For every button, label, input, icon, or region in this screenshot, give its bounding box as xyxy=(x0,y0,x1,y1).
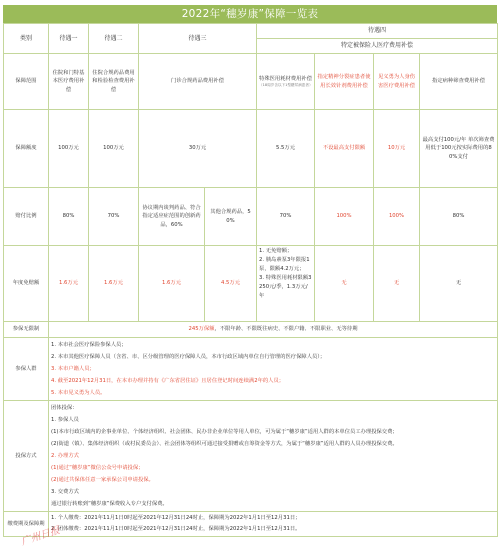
header-row: 类别 待遇一 待遇二 待遇三 待遇四 xyxy=(4,24,498,39)
deductible-b4d: 无 xyxy=(420,246,498,322)
limit-b3: 30万元 xyxy=(139,110,257,188)
deductible-b4a-line3: 3. 特殊医用耗材限额3250元/季，1.3万元/年 xyxy=(259,274,312,301)
benefit-table-container: 2022年“穗岁康”保障一览表 类别 待遇一 待遇二 待遇三 待遇四 特定被保险… xyxy=(3,5,497,537)
row-eligible: 参保人群 1. 本市社会医疗保险参保人员； 2. 本市其他医疗保障人员（含省、市… xyxy=(4,338,498,401)
limit-b4c: 10万元 xyxy=(374,110,420,188)
scope-b4b: 指定精神分裂症患者使用长效针剂费用补偿 xyxy=(315,54,374,110)
scope-b1: 住院和门特基本医疗费用补偿 xyxy=(49,54,89,110)
row-label-period: 缴费期及保障期 xyxy=(4,512,49,537)
row-scope: 保障范围 住院和门特基本医疗费用补偿 住院合规药品费用和检验检查费用补偿 门诊合… xyxy=(4,54,498,110)
limit-b4b: 不设最高支付限额 xyxy=(315,110,374,188)
scope-b2: 住院合规药品费用和检验检查费用补偿 xyxy=(89,54,139,110)
row-method: 投保方式 团体投保： 1. 参保人员 (1)本市行政区域内的企事业单位、个体经济… xyxy=(4,401,498,512)
no-limit-content: 245万保额，不限年龄、不限既往病史、不限户籍、不限职业、无等待期 xyxy=(49,322,498,338)
method-line-8: 3. 交费方式 xyxy=(51,486,495,498)
deductible-b4a: 1. 无免赔额； 2. 胰岛素泵3年限报1泵，限额4.2万元； 3. 特殊医用耗… xyxy=(257,246,315,322)
header-benefit3: 待遇三 xyxy=(139,24,257,54)
scope-b4a: 特殊医用耗材费用补偿 （18周岁含以下1型糖尿病患者） xyxy=(257,54,315,110)
benefit-table: 类别 待遇一 待遇二 待遇三 待遇四 特定被保险人医疗费用补偿 保障范围 住院和… xyxy=(3,23,498,537)
method-line-6: (1)通过“穗岁康”微信公众号申请投保； xyxy=(51,462,495,474)
limit-b1: 100万元 xyxy=(49,110,89,188)
method-line-7: (2)通过共保体任意一家承保公司申请投保。 xyxy=(51,474,495,486)
ratio-b3a: 协议期内谈判药品、符合指定适应症范围的创新药品，60% xyxy=(139,188,205,246)
header-benefit4: 待遇四 xyxy=(257,24,498,39)
ratio-b1: 80% xyxy=(49,188,89,246)
eligible-line-4: 4. 截至2021年12月31日，在本市办理并持有《广东省居住证》且居住登记时间… xyxy=(51,375,495,387)
row-label-method: 投保方式 xyxy=(4,401,49,512)
eligible-line-3: 3. 本市户籍人员； xyxy=(51,363,495,375)
scope-b4d: 指定病种筛查费用补偿 xyxy=(420,54,498,110)
limit-b2: 100万元 xyxy=(89,110,139,188)
row-ratio: 赔付比例 80% 70% 协议期内谈判药品、符合指定适应症范围的创新药品，60%… xyxy=(4,188,498,246)
row-no-limit: 参保无限制 245万保额，不限年龄、不限既往病史、不限户籍、不限职业、无等待期 xyxy=(4,322,498,338)
no-limit-amount: 245万保额 xyxy=(188,326,214,332)
row-deductible: 年度免赔额 1.6万元 1.6万元 1.6万元 4.5万元 1. 无免赔额； 2… xyxy=(4,246,498,322)
ratio-b3b: 其他合规药品，50% xyxy=(205,188,257,246)
deductible-b3b: 4.5万元 xyxy=(205,246,257,322)
eligible-content: 1. 本市社会医疗保险参保人员； 2. 本市其他医疗保障人员（含省、市、区分级管… xyxy=(49,338,498,401)
ratio-b4a: 70% xyxy=(257,188,315,246)
no-limit-text: ，不限年龄、不限既往病史、不限户籍、不限职业、无等待期 xyxy=(215,326,358,332)
deductible-b4a-line2: 2. 胰岛素泵3年限报1泵，限额4.2万元； xyxy=(259,256,312,274)
header-benefit2: 待遇二 xyxy=(89,24,139,54)
method-line-1: 团体投保： xyxy=(51,402,495,414)
scope-b4a-text: 特殊医用耗材费用补偿 xyxy=(259,76,312,82)
eligible-line-1: 1. 本市社会医疗保险参保人员； xyxy=(51,339,495,351)
scope-b3: 门诊合规药品费用补偿 xyxy=(139,54,257,110)
deductible-b4b: 无 xyxy=(315,246,374,322)
ratio-b2: 70% xyxy=(89,188,139,246)
row-label-scope: 保障范围 xyxy=(4,54,49,110)
header-category: 类别 xyxy=(4,24,49,54)
header-benefit4-sub: 特定被保险人医疗费用补偿 xyxy=(257,39,498,54)
row-label-no-limit: 参保无限制 xyxy=(4,322,49,338)
table-title: 2022年“穗岁康”保障一览表 xyxy=(3,5,497,23)
row-label-eligible: 参保人群 xyxy=(4,338,49,401)
row-period: 缴费期及保障期 1. 个人缴费：2021年11月1日0时起至2021年12月31… xyxy=(4,512,498,537)
ratio-b4c: 100% xyxy=(374,188,420,246)
eligible-line-2: 2. 本市其他医疗保障人员（含省、市、区分级管理的医疗保障人员，本市行政区域内单… xyxy=(51,351,495,363)
header-benefit1: 待遇一 xyxy=(49,24,89,54)
method-content: 团体投保： 1. 参保人员 (1)本市行政区域内的企事业单位、个体经济组织、社会… xyxy=(49,401,498,512)
method-line-4: (2)街道（镇）、集体经济组织（或村民委员会）、社会团体等组织可通过接受捐赠或自… xyxy=(51,438,495,450)
method-line-5: 2. 办理方式 xyxy=(51,450,495,462)
method-line-2: 1. 参保人员 xyxy=(51,414,495,426)
row-label-limit: 保障额度 xyxy=(4,110,49,188)
limit-b4a: 5.5万元 xyxy=(257,110,315,188)
period-line-2: 2. 团体缴费：2021年11月1日0时起至2021年12月31日24时止，保障… xyxy=(51,524,495,535)
row-label-deductible: 年度免赔额 xyxy=(4,246,49,322)
ratio-b4d: 80% xyxy=(420,188,498,246)
row-label-ratio: 赔付比例 xyxy=(4,188,49,246)
deductible-b3a: 1.6万元 xyxy=(139,246,205,322)
period-content: 1. 个人缴费：2021年11月1日0时起至2021年12月31日24时止，保障… xyxy=(49,512,498,537)
scope-b4c: 见义勇为人身伤害医疗费用补偿 xyxy=(374,54,420,110)
method-line-3: (1)本市行政区域内的企事业单位、个体经济组织、社会团体、民办非企业单位等用人单… xyxy=(51,426,495,438)
deductible-b4c: 无 xyxy=(374,246,420,322)
period-line-1: 1. 个人缴费：2021年11月1日0时起至2021年12月31日24时止，保障… xyxy=(51,513,495,524)
method-line-9: 通过银行转账到“穗岁康”保费收入专户支付保费。 xyxy=(51,498,495,510)
deductible-b4a-line1: 1. 无免赔额； xyxy=(259,247,312,256)
limit-b4d: 最高支付100元/年 单次筛查费用低于100元按实际费用的80%支付 xyxy=(420,110,498,188)
deductible-b1: 1.6万元 xyxy=(49,246,89,322)
ratio-b4b: 100% xyxy=(315,188,374,246)
deductible-b2: 1.6万元 xyxy=(89,246,139,322)
eligible-line-5: 5. 本市见义勇为人员。 xyxy=(51,387,495,399)
row-limit: 保障额度 100万元 100万元 30万元 5.5万元 不设最高支付限额 10万… xyxy=(4,110,498,188)
scope-b4a-note: （18周岁含以下1型糖尿病患者） xyxy=(259,83,312,88)
